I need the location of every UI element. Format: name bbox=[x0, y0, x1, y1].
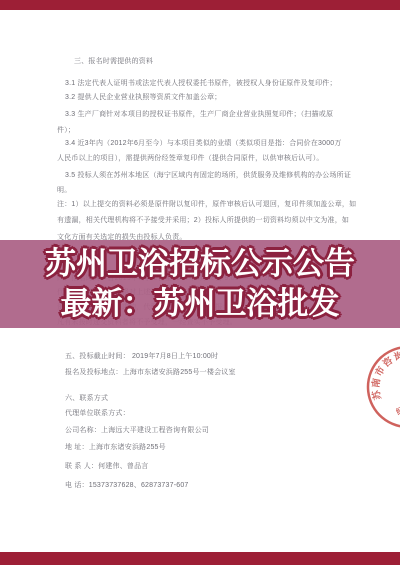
document-line: 3.2 提供人民企业营业执照等资质文件加盖公章； bbox=[65, 93, 221, 102]
document-line: 3.3 生产厂商针对本项目的授权证书原件，生产厂商企业营业执照复印件；（扫描或原 bbox=[65, 110, 333, 119]
document-line: 五、投标截止时间： 2019年7月8日上午10:00时 bbox=[65, 352, 218, 361]
company-stamp-icon: 苏南市咨询有限公司 经营专用章 bbox=[350, 339, 400, 469]
bottom-edge-bar bbox=[0, 552, 400, 565]
overlay-title-line2: 最新：苏州卫浴批发 bbox=[61, 284, 340, 324]
overlay-banner: 苏州卫浴招标公示公告 最新：苏州卫浴批发 bbox=[0, 240, 400, 328]
document-line: 电 话：15373737628、62873737-607 bbox=[65, 481, 189, 490]
document-line: 3.1 法定代表人证明书或法定代表人授权委托书原件，被授权人身份证原件及复印件； bbox=[65, 79, 337, 88]
document-line: 明。 bbox=[57, 186, 71, 195]
document-line: 公司名称：上海远大平建设工程咨询有限公司 bbox=[65, 426, 209, 435]
document-line: 地 址：上海市东诸安浜路255号 bbox=[65, 443, 166, 452]
document-line: 3.4 近3年内（2012年6月至今）与本项目类似的业绩（类似项目是指：合同价在… bbox=[65, 139, 342, 148]
document-line: 注：1）以上提交的资料必须是原件附以复印件，原件审核后认可退回，复印件须加盖公章… bbox=[57, 200, 356, 209]
stamp-inner-text: 经营专用章 bbox=[394, 387, 400, 417]
document-line: 件）； bbox=[57, 126, 75, 135]
document-line: 代理单位联系方式： bbox=[65, 409, 130, 418]
document-line: 人民币以上的项目），需提供两份经签章复印件（提供合同原件，以供审核后认可）。 bbox=[57, 154, 324, 163]
top-edge-bar bbox=[0, 0, 400, 10]
document-line: 有遗漏，相关代理机构将不予接受并采用；2）投标人所提供的一切资料均须以中文为准，… bbox=[57, 216, 349, 225]
document-line: 六、联系方式 bbox=[65, 394, 108, 403]
overlay-title-line1: 苏州卫浴招标公示公告 bbox=[45, 244, 355, 284]
document-line: 报名及投标地点：上海市东诸安浜路255号一楼会议室 bbox=[65, 368, 236, 377]
document-line: 三、报名时需提供的资料 bbox=[74, 57, 153, 66]
document-line: 3.5 投标人须在苏州本地区（海宁区域内有固定的场所，供货服务及维修机构的办公场… bbox=[65, 171, 351, 180]
document-line: 联 系 人：何建伟、曾品言 bbox=[65, 462, 149, 471]
